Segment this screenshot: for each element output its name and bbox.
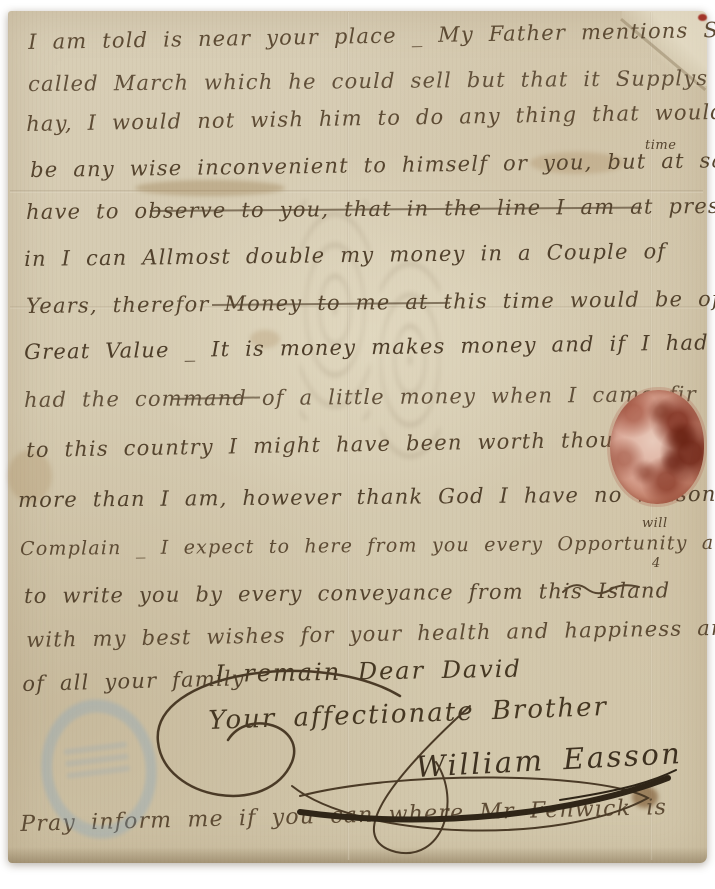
stain <box>135 180 285 196</box>
closing-line: I remain Dear David <box>215 655 522 688</box>
inserted-word: will <box>642 516 668 531</box>
red-wax-seal <box>610 390 704 504</box>
horizontal-fold-crease <box>10 190 703 193</box>
stamp-text-bars <box>59 735 138 801</box>
wax-seal-mottling <box>616 396 698 498</box>
insertion-caret: 4 <box>652 556 661 571</box>
paper-bottom-shadow <box>8 847 707 863</box>
